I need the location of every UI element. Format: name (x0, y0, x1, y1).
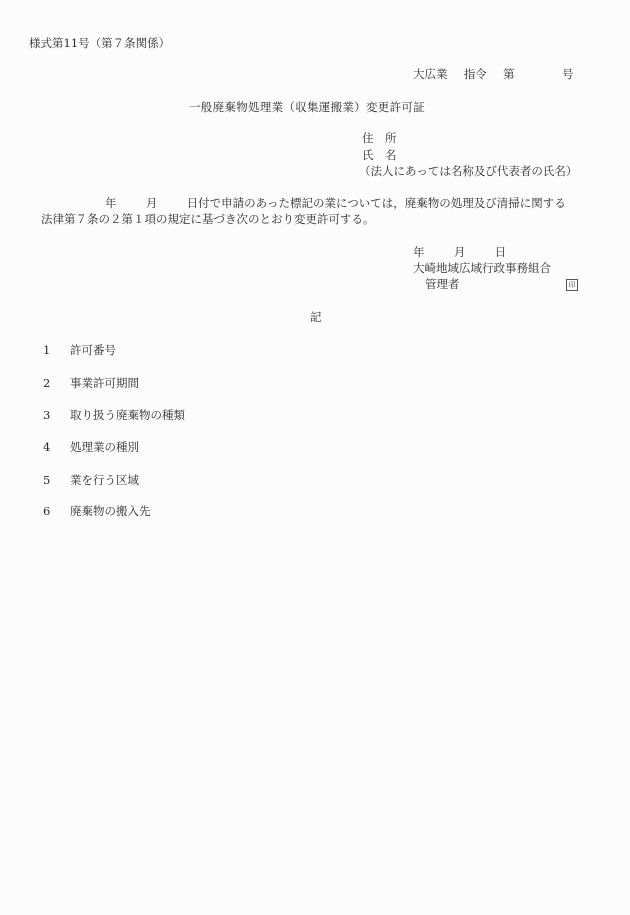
item-label: 廃棄物の搬入先 (70, 504, 151, 518)
issue-day: 日 (495, 245, 507, 259)
reference-prefix: 大広業 (413, 67, 448, 81)
body-month: 月 (146, 196, 158, 210)
issuer-role: 管理者 (425, 277, 460, 291)
item-number: 6 (43, 504, 70, 518)
item-label: 取り扱う廃棄物の種類 (70, 408, 185, 422)
reference-number: 大広業 指令 第 号 (413, 67, 573, 81)
item-number: 5 (43, 473, 70, 487)
issuer-organization: 大崎地域広域行政事務組合 (413, 261, 551, 275)
body-line-1: 年 月 日付で申請のあった標記の業については，廃棄物の処理及び清掃に関する (105, 196, 566, 210)
form-label: 様式第11号（第７条関係） (29, 36, 170, 50)
body-text-1: 日付で申請のあった標記の業については，廃棄物の処理及び清掃に関する (187, 196, 566, 210)
list-item: 1許可番号 (43, 343, 116, 357)
list-item: 6廃棄物の搬入先 (43, 504, 151, 518)
seal-mark: 印 (566, 277, 578, 291)
document-title: 一般廃棄物処理業（収集運搬業）変更許可証 (189, 100, 425, 114)
applicant-note: （法人にあっては名称及び代表者の氏名） (359, 164, 577, 178)
notes-heading: 記 (310, 310, 322, 324)
applicant-address-label: 住 所 (362, 131, 397, 145)
body-line-2: 法律第７条の２第１項の規定に基づき次のとおり変更許可する。 (41, 212, 375, 226)
item-label: 許可番号 (70, 343, 116, 357)
list-item: 4処理業の種別 (43, 440, 139, 454)
issue-month: 月 (454, 245, 466, 259)
body-year: 年 (105, 196, 117, 210)
applicant-name-label: 氏 名 (362, 148, 397, 162)
item-label: 業を行う区域 (70, 473, 139, 487)
reference-no-label: 第 (503, 67, 515, 81)
item-number: 1 (43, 343, 70, 357)
list-item: 3取り扱う廃棄物の種類 (43, 408, 185, 422)
item-number: 3 (43, 408, 70, 422)
reference-suffix: 号 (562, 67, 574, 81)
issue-date: 年 月 日 (413, 245, 506, 259)
list-item: 2事業許可期間 (43, 376, 139, 390)
item-number: 2 (43, 376, 70, 390)
issue-year: 年 (413, 245, 425, 259)
item-number: 4 (43, 440, 70, 454)
list-item: 5業を行う区域 (43, 473, 139, 487)
reference-mid: 指令 (464, 67, 487, 81)
seal-icon: 印 (566, 279, 578, 291)
item-label: 事業許可期間 (70, 376, 139, 390)
item-label: 処理業の種別 (70, 440, 139, 454)
